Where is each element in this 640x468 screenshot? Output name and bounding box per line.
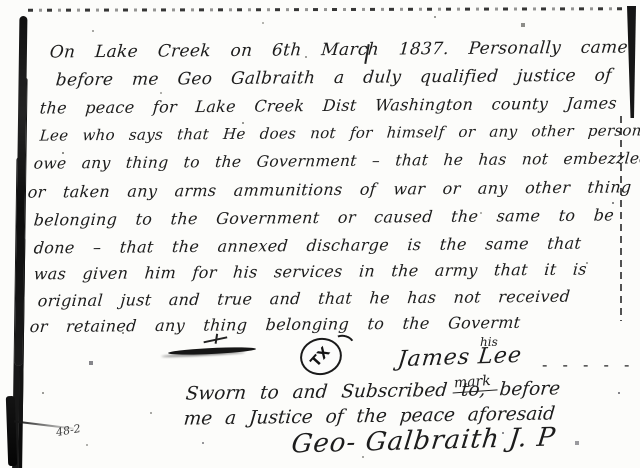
manuscript-line: was given him for his services in the ar… <box>33 260 588 284</box>
scan-edge-left-bottom <box>6 396 17 466</box>
manuscript-line: or taken any arms ammunitions of war or … <box>27 177 632 201</box>
scanned-document-page: On Lake Creek on 6th March 1837. Persona… <box>0 0 640 468</box>
manuscript-line: belonging to the Government or caused th… <box>33 205 615 229</box>
corner-annotation: 48-2 <box>55 422 82 439</box>
signature-james-lee: James Lee <box>396 343 523 372</box>
scan-edge-left <box>15 16 28 366</box>
scan-edge-top <box>28 7 626 12</box>
manuscript-line: owe any thing to the Government – that h… <box>33 149 640 172</box>
manuscript-line: before me Geo Galbraith a duly qualified… <box>55 66 613 91</box>
manuscript-line: Lee who says that He does not for himsel… <box>39 121 640 144</box>
scan-edge-right-top <box>626 6 636 118</box>
manuscript-line: the peace for Lake Creek Dist Washington… <box>39 93 618 117</box>
manuscript-line: done – that the annexed discharge is the… <box>33 234 582 258</box>
ink-scribble <box>168 346 256 357</box>
scan-edge-right <box>620 116 622 321</box>
scan-noise-speckles <box>0 0 2 2</box>
attestation-line-1: Sworn to and Subscribed to, before <box>185 378 561 404</box>
tx-stamp: TX <box>297 334 346 379</box>
manuscript-line: original just and true and that he has n… <box>37 287 571 311</box>
signature-geo-galbraith: Geo- Galbraith J. P <box>290 423 558 460</box>
manuscript-line: or retained any thing belonging to the G… <box>29 313 521 336</box>
tx-stamp-label: TX <box>308 343 334 370</box>
signature-trailing-dashes: - - - - - <box>542 355 634 374</box>
manuscript-line: On Lake Creek on 6th March 1837. Persona… <box>49 37 629 62</box>
